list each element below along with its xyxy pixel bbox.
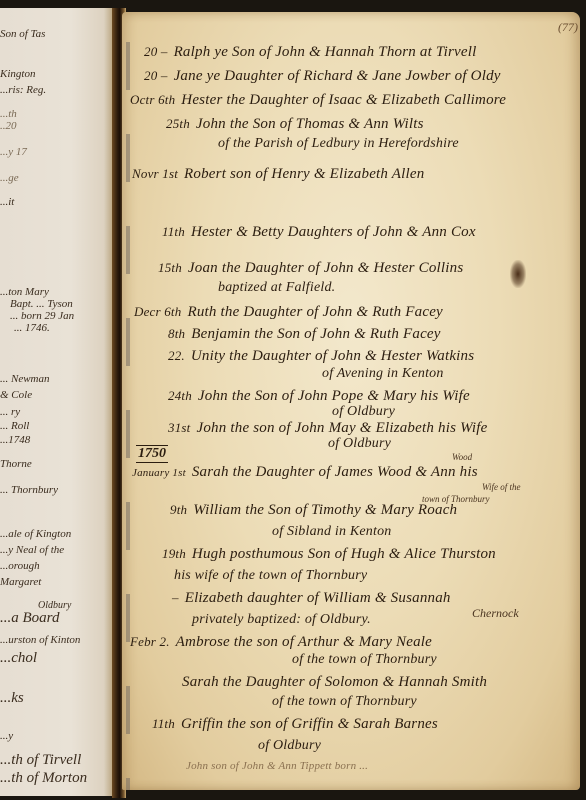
entry-line: Febr 2.Ambrose the son of Arthur & Mary … (130, 634, 432, 651)
entry-line-faint: John son of John & Ann Tippett born ... (186, 760, 368, 772)
left-fragment: ...a Board (0, 610, 59, 627)
entry-text: John the Son of John Pope & Mary his Wif… (198, 388, 470, 404)
left-fragment: ..20 (0, 120, 17, 132)
left-fragment: ...y Neal of the (0, 544, 64, 556)
entry-line: Sarah the Daughter of Solomon & Hannah S… (182, 674, 487, 691)
entry-text: Ambrose the son of Arthur & Mary Neale (176, 634, 432, 650)
entry-line: 11thGriffin the son of Griffin & Sarah B… (152, 716, 438, 733)
entry-text: Benjamin the Son of John & Ruth Facey (191, 326, 440, 342)
entry-date: 19th (162, 546, 186, 562)
entry-continuation: of Oldbury (258, 738, 321, 754)
entry-line: 25thJohn the Son of Thomas & Ann Wilts (166, 116, 424, 133)
entry-date: 15th (158, 260, 182, 276)
left-fragment: ...th (0, 108, 17, 120)
entry-text: John the Son of Thomas & Ann Wilts (196, 116, 424, 132)
entry-text: Sarah the Daughter of James Wood & Ann h… (192, 464, 478, 480)
left-fragment: ...chol (0, 650, 37, 667)
left-fragment: Thorne (0, 458, 32, 470)
entry-line: 11thHester & Betty Daughters of John & A… (162, 224, 476, 241)
entry-date: Novr 1st (132, 166, 178, 182)
left-fragment: ...y 17 (0, 146, 27, 158)
entry-text: Hester & Betty Daughters of John & Ann C… (191, 224, 476, 240)
entry-line: 20 –Ralph ye Son of John & Hannah Thorn … (144, 44, 477, 61)
entry-date: 20 – (144, 44, 168, 60)
entry-continuation: of Oldbury (332, 404, 395, 420)
entry-line: Decr 6thRuth the Daughter of John & Ruth… (134, 304, 443, 321)
left-fragment: ...1748 (0, 434, 30, 446)
entry-line: 19thHugh posthumous Son of Hugh & Alice … (162, 546, 496, 563)
entry-line: 8thBenjamin the Son of John & Ruth Facey (168, 326, 441, 343)
entry-text: Robert son of Henry & Elizabeth Allen (184, 166, 424, 182)
entry-continuation: privately baptized: of Oldbury. (192, 612, 371, 628)
entry-date: Decr 6th (134, 304, 181, 320)
binding-stitches (126, 12, 130, 790)
entry-continuation: of the town of Thornbury (292, 652, 437, 668)
left-fragment: ...y (0, 730, 13, 742)
left-fragment: ... Newman (0, 373, 50, 385)
left-page: Son of Tas Kington ...ris: Reg. ...th ..… (0, 8, 118, 796)
left-fragment: ... Thornbury (0, 484, 58, 496)
entry-date: – (172, 590, 179, 606)
entry-line: 31stJohn the son of John May & Elizabeth… (168, 420, 488, 437)
entry-date: 9th (170, 502, 187, 518)
entry-date: 8th (168, 326, 185, 342)
page-number: (77) (558, 20, 578, 35)
right-page: (77) 20 –Ralph ye Son of John & Hannah T… (122, 12, 580, 790)
left-fragment: ...ton Mary (0, 286, 49, 298)
entry-line: January 1stSarah the Daughter of James W… (132, 464, 478, 481)
left-fragment: Son of Tas (0, 28, 45, 40)
left-fragment: ...urston of Kinton (0, 634, 80, 646)
entry-line: 15thJoan the Daughter of John & Hester C… (158, 260, 463, 277)
left-fragment: Margaret (0, 576, 41, 588)
left-fragment: ...th of Morton (0, 770, 87, 787)
entry-line: 24thJohn the Son of John Pope & Mary his… (168, 388, 470, 405)
entry-text: Joan the Daughter of John & Hester Colli… (188, 260, 463, 276)
left-fragment: Kington (0, 68, 35, 80)
year-marker: 1750 (136, 445, 168, 463)
entry-date: January 1st (132, 467, 186, 479)
entry-continuation: his wife of the town of Thornbury (174, 568, 367, 584)
entry-date: Febr 2. (130, 634, 170, 650)
entry-line: 20 –Jane ye Daughter of Richard & Jane J… (144, 68, 501, 85)
entry-text: Hester the Daughter of Isaac & Elizabeth… (181, 92, 506, 108)
entry-annotation: Wife of the (482, 482, 521, 492)
entry-text: John the son of John May & Elizabeth his… (196, 420, 487, 436)
entry-line: 22.Unity the Daughter of John & Hester W… (168, 348, 474, 365)
entry-text: Ralph ye Son of John & Hannah Thorn at T… (174, 44, 477, 60)
left-fragment: ...ris: Reg. (0, 84, 46, 96)
entry-text: Ruth the Daughter of John & Ruth Facey (187, 304, 442, 320)
entry-continuation: baptized at Falfield. (218, 280, 335, 296)
entry-date: 11th (152, 716, 175, 732)
entry-date: 11th (162, 224, 185, 240)
entry-continuation: of Avening in Kenton (322, 366, 444, 382)
left-fragment: & Cole (0, 389, 32, 401)
entry-text: Unity the Daughter of John & Hester Watk… (191, 348, 474, 364)
entry-text: William the Son of Timothy & Mary Roach (193, 502, 457, 518)
entry-date: Octr 6th (130, 92, 175, 108)
left-fragment: Bapt. ... Tyson (10, 298, 73, 310)
entry-text: Griffin the son of Griffin & Sarah Barne… (181, 716, 438, 732)
entry-text: Elizabeth daughter of William & Susannah (185, 590, 451, 606)
left-fragment: ... ry (0, 406, 20, 418)
entry-line: 9thWilliam the Son of Timothy & Mary Roa… (170, 502, 457, 519)
entry-continuation: of the Parish of Ledbury in Herefordshir… (218, 136, 459, 152)
entry-text: Sarah the Daughter of Solomon & Hannah S… (182, 674, 487, 690)
entry-line: Octr 6thHester the Daughter of Isaac & E… (130, 92, 506, 109)
left-fragment: ... 1746. (14, 322, 50, 334)
entry-date: 20 – (144, 68, 168, 84)
left-fragment: ... Roll (0, 420, 29, 432)
entry-continuation: of Sibland in Kenton (272, 524, 392, 540)
entry-text: Jane ye Daughter of Richard & Jane Jowbe… (174, 68, 501, 84)
left-fragment: ... born 29 Jan (10, 310, 74, 322)
entry-date: 31st (168, 420, 190, 436)
entry-text: Hugh posthumous Son of Hugh & Alice Thur… (192, 546, 496, 562)
left-fragment: ...it (0, 196, 14, 208)
entry-continuation: of the town of Thornbury (272, 694, 417, 710)
entry-annotation: Wood (452, 452, 472, 462)
entry-line: –Elizabeth daughter of William & Susanna… (172, 590, 451, 607)
left-fragment: ...ge (0, 172, 19, 184)
left-fragment: ...th of Tirvell (0, 752, 81, 769)
entry-continuation: of Oldbury (328, 436, 391, 452)
entry-annotation: Chernock (472, 606, 519, 621)
left-fragment: ...orough (0, 560, 40, 572)
left-fragment: ...ks (0, 690, 24, 707)
entry-text: John son of John & Ann Tippett born ... (186, 760, 368, 772)
entry-date: 22. (168, 348, 185, 364)
entry-date: 25th (166, 116, 190, 132)
entry-date: 24th (168, 388, 192, 404)
ink-blot (510, 260, 526, 288)
entry-line: Novr 1stRobert son of Henry & Elizabeth … (132, 166, 424, 183)
left-fragment: ...ale of Kington (0, 528, 71, 540)
